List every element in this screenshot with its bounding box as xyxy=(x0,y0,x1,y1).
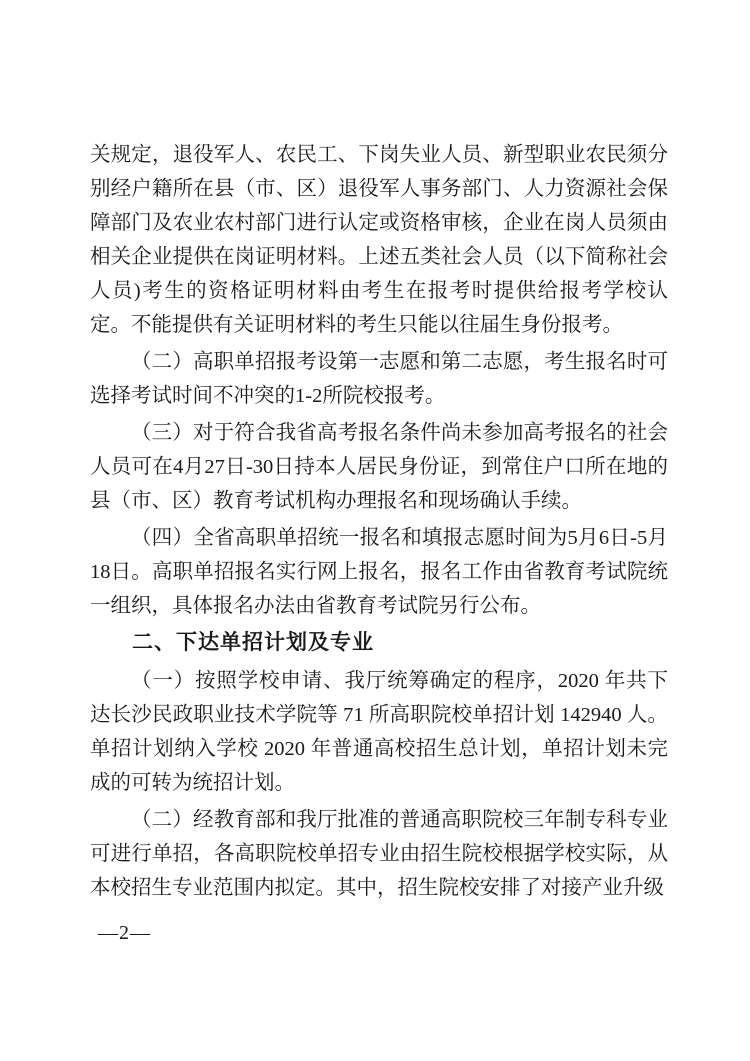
body-paragraph-item-2-section2: （二）经教育部和我厅批准的普通高职院校三年制专科专业可进行单招，各高职院校单招专… xyxy=(90,803,668,905)
section-heading: 二、下达单招计划及专业 xyxy=(90,626,668,660)
body-paragraph-item-1-section2: （一）按照学校申请、我厅统筹确定的程序，2020 年共下达长沙民政职业技术学院等… xyxy=(90,664,668,800)
body-paragraph-continuation: 关规定，退役军人、农民工、下岗失业人员、新型职业农民须分别经户籍所在县（市、区）… xyxy=(90,138,668,342)
page-number: —2— xyxy=(98,918,151,948)
document-body: 关规定，退役军人、农民工、下岗失业人员、新型职业农民须分别经户籍所在县（市、区）… xyxy=(90,138,668,908)
body-paragraph-item-2: （二）高职单招报考设第一志愿和第二志愿，考生报名时可选择考试时间不冲突的1-2所… xyxy=(90,345,668,413)
document-page: 关规定，退役军人、农民工、下岗失业人员、新型职业农民须分别经户籍所在县（市、区）… xyxy=(0,0,750,1061)
body-paragraph-item-4: （四）全省高职单招统一报名和填报志愿时间为5月6日-5月18日。高职单招报名实行… xyxy=(90,521,668,623)
body-paragraph-item-3: （三）对于符合我省高考报名条件尚未参加高考报名的社会人员可在4月27日-30日持… xyxy=(90,416,668,518)
